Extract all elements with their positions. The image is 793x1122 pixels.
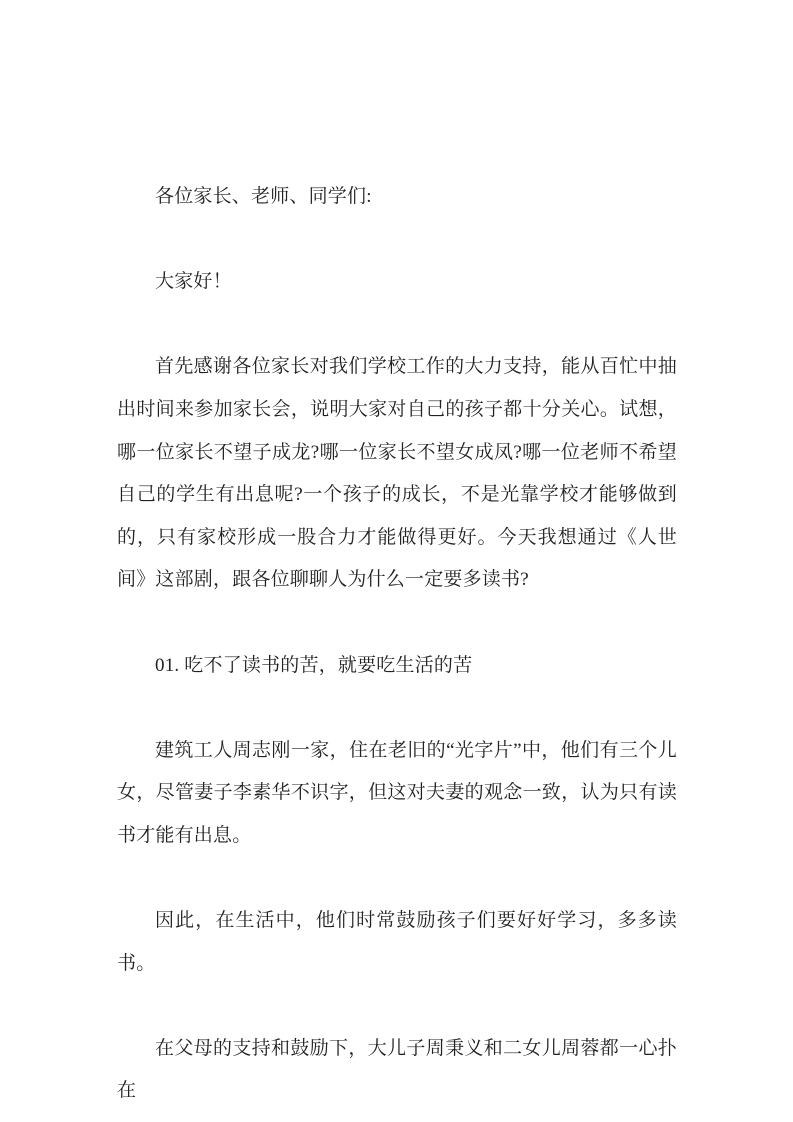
body-paragraph-2: 因此，在生活中，他们时常鼓励孩子们要好好学习，多多读书。 [117,900,677,985]
body-paragraph-1: 建筑工人周志刚一家，住在老旧的“光字片”中，他们有三个儿女，尽管妻子李素华不识字… [117,730,677,858]
intro-paragraph: 首先感谢各位家长对我们学校工作的大力支持，能从百忙中抽出时间来参加家长会，说明大… [117,346,677,602]
salutation-line: 各位家长、老师、同学们: [117,176,677,219]
body-paragraph-3: 在父母的支持和鼓励下，大儿子周秉义和二女儿周蓉都一心扑在 [117,1028,677,1113]
document-page: 各位家长、老师、同学们: 大家好！ 首先感谢各位家长对我们学校工作的大力支持，能… [0,0,793,1122]
greeting-line: 大家好！ [117,261,677,304]
section-heading-01: 01. 吃不了读书的苦，就要吃生活的苦 [117,645,677,688]
